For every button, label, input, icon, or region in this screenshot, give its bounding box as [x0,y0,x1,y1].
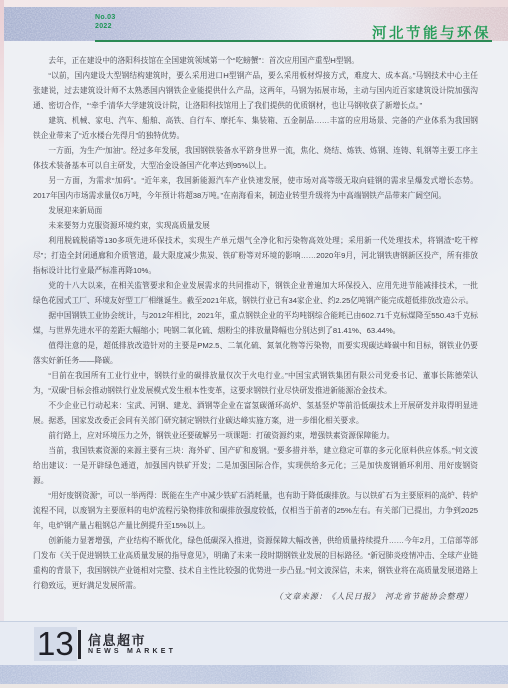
article-paragraph: “用好废钢资源”，可以一举两得：既能在生产中减少铁矿石消耗量，也有助于降低碳排放… [33,488,478,533]
issue-number: No.03 2022 [95,14,116,31]
footer-separator-bar [78,630,81,659]
source-attribution: （文章来源：《人民日报》 河北省节能协会整理） [275,591,473,602]
article-paragraph: 前行路上，应对环境压力之外，钢铁业还要破解另一项课题：打破资源约束，增强铁素资源… [33,428,478,443]
article-paragraph: 建筑、机械、家电、汽车、船舶、高铁、自行车、摩托车、集装箱、五金制品……丰富的应… [33,113,478,143]
magazine-page: No.03 2022 河北节能与环保 去年，正在建设中的洛阳科技馆在全国建筑领域… [0,0,508,688]
article-paragraph: 党的十八大以来，在相关监管要求和企业发展需求的共同推动下，钢铁企业普遍加大环保投… [33,278,478,308]
page-number: 13 [34,627,77,661]
section-subheading: 未来要努力克服资源环境约束，实现高质量发展 [33,218,478,233]
issue-number-line1: No.03 [95,14,116,23]
section-title-chinese: 信息超市 [88,630,146,649]
article-paragraph: “以前，国内建设大型钢结构建筑时，要么采用进口H型钢产品，要么采用板材焊接方式，… [33,68,478,113]
article-paragraph: 一方面，为生产“加油”。经过多年发展，我国钢铁装备水平跻身世界一流，焦化、烧结、… [33,143,478,173]
article-paragraph: 当前，我国铁素资源的来源主要有三块：海外矿、国产矿和废钢。“要多措并举，建立稳定… [33,443,478,488]
article-paragraph: 另一方面，为需求“加码”。“近年来，我国新能源汽车产业快速发展，使市场对高等级无… [33,173,478,203]
article-paragraph: 不少企业已行动起来：宝武、河钢、建龙、酒钢等企业在富氢碳循环高炉、氢基竖炉等前沿… [33,398,478,428]
footer-band [0,665,508,684]
article-paragraph: 据中国钢铁工业协会统计，与2012年相比，2021年，重点钢铁企业的平均吨钢综合… [33,308,478,338]
page-left-edge [0,0,4,688]
article-paragraph: 去年，正在建设中的洛阳科技馆在全国建筑领域第一个“吃螃蟹”：首次应用国产重型H型… [33,53,478,68]
journal-title: 河北节能与环保 [372,22,491,43]
issue-number-line2: 2022 [95,23,116,32]
page-bottom-edge [0,684,508,688]
section-heading: 发展迎来新局面 [33,203,478,218]
article-paragraph: “目前在我国所有工业行业中，钢铁行业的碳排放量仅次于火电行业。”中国宝武钢铁集团… [33,368,478,398]
article-paragraph: 利用脱硫脱硝等130多项先进环保技术，实现生产单元烟气全净化和污染物高效处理；采… [33,233,478,278]
page-top-edge [0,0,508,7]
article-paragraph: 值得注意的是，超低排放改造针对的主要是PM2.5、二氧化硫、氮氧化物等污染物，而… [33,338,478,368]
article-body: 去年，正在建设中的洛阳科技馆在全国建筑领域第一个“吃螃蟹”：首次应用国产重型H型… [33,53,478,593]
article-paragraph: 创新能力显著增强，产业结构不断优化，绿色低碳深入推进，资源保障大幅改善，供给质量… [33,533,478,593]
section-title-english: NEWS MARKET [88,648,176,655]
